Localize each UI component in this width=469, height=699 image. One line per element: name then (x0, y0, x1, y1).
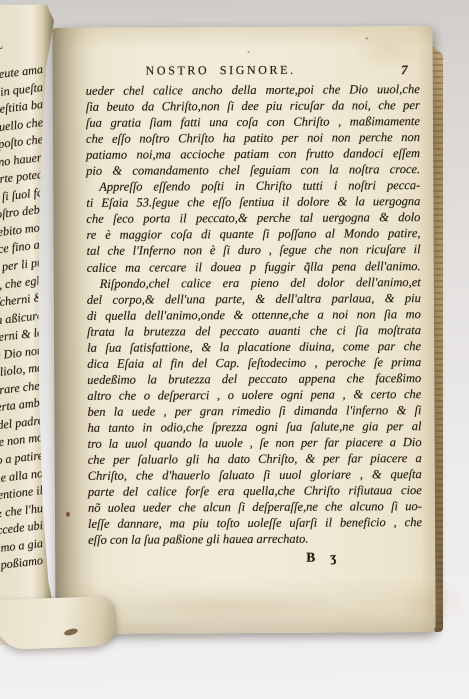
signature-numeral: ʒ (330, 550, 336, 566)
text-line: ſtrata la brutezza del peccato auanti ch… (87, 322, 421, 340)
signature-mark: B ʒ (88, 549, 422, 567)
text-line: Appreſſo eſſendo poſti in Chriſto tutti … (86, 177, 420, 195)
text-line: ben la uede , per gran rimedio ſi dimand… (87, 402, 421, 420)
text-line: dica Eſaia al fin del Cap. ſeſtodecimo ,… (87, 354, 421, 372)
text-line: re è maggior coſa di quante ſi poſſano a… (86, 225, 420, 243)
text-line: del corpo,& dell'una parte, & dell'altra… (87, 290, 421, 308)
text-line: ha tanto in odio,che ſprezza ogni ſua ſa… (87, 418, 421, 436)
text-line: pio & comandamento chel ſeguiam con la n… (86, 161, 420, 179)
text-line: che ſeco porta il peccato,& perche tal u… (86, 209, 420, 227)
ink-speck (365, 37, 368, 39)
text-line: che per ſaluarlo gli ha dato Chriſto, & … (88, 450, 422, 468)
text-line: ueder chel calice ancho della morte,poi … (86, 81, 420, 99)
text-line: ſia beuto da Chriſto,non ſi dee piu ricu… (86, 97, 420, 115)
photo-backdrop: NOSTRO SIGNORE. 7 ueder chel calice anch… (0, 0, 469, 699)
text-line: che eſſo noſtro Chriſto ha patito per no… (86, 129, 420, 147)
text-block: ueder chel calice ancho della morte,poi … (86, 81, 422, 548)
text-line: altro che o deſperarci , o uolere ogni p… (87, 386, 421, 404)
text-line: calice ma cercare il douea p fuggir q̃ll… (87, 258, 421, 276)
text-line: nõ uolea ueder che alcun ſi deſperaſſe,n… (88, 498, 422, 516)
left-page-fragment: ue poßiamo (0, 552, 44, 588)
text-line: Riſpondo,chel calice era pieno del dolor… (87, 274, 421, 292)
ink-speck (248, 51, 250, 53)
running-header: NOSTRO SIGNORE. 7 (86, 62, 420, 80)
text-line: ſua gratia ſiam fatti una coſa con Chriſ… (86, 113, 420, 131)
text-line: leſſe dannare, ma piu toſto uoleſſe uſar… (88, 514, 422, 532)
text-line: parte del calice forſe era quella,che Ch… (88, 482, 422, 500)
left-page-corner-fragment: L (0, 38, 4, 54)
left-page-text-fragments: cio beute ama, & in queſtala meſtitia ba… (0, 61, 43, 570)
running-title: NOSTRO SIGNORE. (146, 63, 296, 78)
text-line: la ſua ſatisfattione, & la placatione di… (87, 338, 421, 356)
signature-letter: B (306, 550, 315, 566)
book-page-recto: NOSTRO SIGNORE. 7 ueder chel calice anch… (52, 26, 435, 634)
text-line: ti Eſaia 53.ſegue che eſſo ſentiua il do… (86, 193, 420, 211)
text-line: tro la uuol quando la uuole , ſe non per… (88, 434, 422, 452)
text-line: di quella dell'animo,onde & ottenne,che … (87, 306, 421, 324)
page-bottom-curl (0, 596, 117, 650)
text-line: tal che l'Inferno non è ſi duro , ſegue … (87, 242, 421, 260)
text-line: eſſo con la ſua paßione gli hauea arrech… (88, 530, 422, 548)
page-number: 7 (401, 62, 408, 78)
text-line: patiamo noi,ma accioche patiam con frutt… (86, 145, 420, 163)
foxing-stain (103, 588, 348, 623)
text-line: uedeßimo la brutezza del peccato appena … (87, 370, 421, 388)
foxing-stain (397, 578, 467, 624)
text-line: Chriſto, che d'hauerlo ſaluato ſi uuol g… (88, 466, 422, 484)
left-page-curled-edge: L cio beute ama, & in queſtala meſtitia … (0, 5, 56, 645)
